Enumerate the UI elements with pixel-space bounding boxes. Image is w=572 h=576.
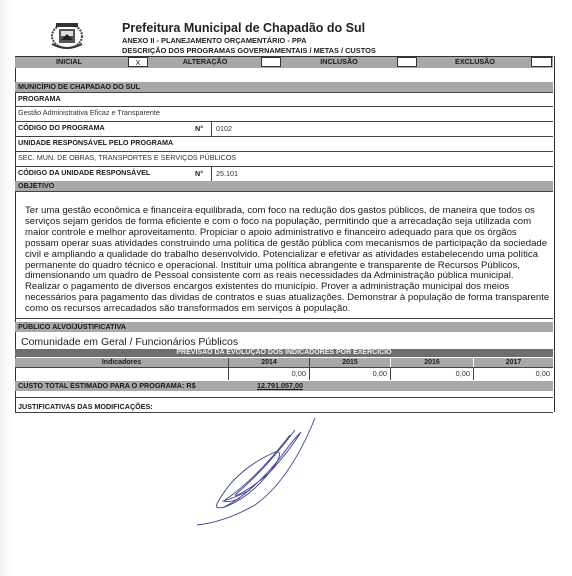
divider [15,92,553,93]
objetivo-heading: OBJETIVO [15,181,553,191]
divider [15,166,553,167]
mode-label-inclusao: INCLUSÃO [283,57,395,67]
unidade-label: UNIDADE RESPONSÁVEL PELO PROGRAMA [15,138,553,149]
publico-value: Comunidade em Geral / Funcionários Públi… [21,336,238,348]
mode-checkbox-inclusao[interactable] [397,57,417,67]
indicador-value-2014: 0,00 [229,368,309,380]
codigo-programa-label: CÓDIGO DO PROGRAMA [15,123,553,134]
objetivo-text: Ter uma gestão econômica e financeira eq… [25,206,550,315]
municipal-coat-of-arms-icon [46,20,88,50]
divider [15,191,553,192]
divider [15,397,553,398]
programa-label: PROGRAMA [15,94,553,105]
codigo-unidade-value: 25.101 [213,169,238,179]
justificativas-label: JUSTIFICATIVAS DAS MODIFICAÇÕES: [18,402,153,411]
indicador-value-2017: 0,00 [474,368,553,380]
codigo-programa-value: 0102 [213,124,232,134]
divider [15,136,553,137]
divider [15,121,553,122]
mode-label-alteracao: ALTERAÇÃO [151,57,259,67]
codigo-unidade-label: CÓDIGO DA UNIDADE RESPONSÁVEL [15,168,553,179]
divider [15,318,553,319]
indicador-value-2015: 0,00 [310,368,390,380]
indicadores-year-2016: 2016 [391,358,473,367]
indicadores-year-2015: 2015 [310,358,390,367]
scan-edge [0,0,12,576]
codigo-programa-num-label: N° [195,124,203,133]
municipio-heading: MUNICÍPIO DE CHAPADAO DO SUL [15,82,553,92]
custo-total-row: CUSTO TOTAL ESTIMADO PARA O PROGRAMA: R$… [15,381,553,391]
mode-label-exclusao: EXCLUSÃO [419,57,531,67]
custo-total-label: CUSTO TOTAL ESTIMADO PARA O PROGRAMA: R$ [18,381,196,391]
mode-selection-bar: INICIAL X ALTERAÇÃO INCLUSÃO EXCLUSÃO [15,56,553,68]
indicador-name [15,368,228,380]
unidade-value: SEC. MUN. DE OBRAS, TRANSPORTES E SERVIÇ… [15,153,553,164]
publico-heading: PÚBLICO ALVO/JUSTIFICATIVA [15,322,553,332]
header-title: Prefeitura Municipal de Chapadão do Sul [122,21,365,35]
mode-label-inicial: INICIAL [15,57,123,67]
divider [211,122,212,136]
header-subtitle-description: DESCRIÇÃO DOS PROGRAMAS GOVERNAMENTAIS /… [122,46,376,55]
mode-checkbox-exclusao[interactable] [531,57,552,67]
mode-checkbox-alteracao[interactable] [261,57,281,67]
codigo-unidade-num-label: N° [195,169,203,178]
handwritten-signature-icon [195,410,325,535]
header-subtitle-annex: ANEXO II - PLANEJAMENTO ORÇAMENTÁRIO - P… [122,36,307,45]
indicador-value-2016: 0,00 [391,368,473,380]
indicadores-year-2017: 2017 [474,358,553,367]
indicadores-section-title: PREVISÃO DA EVOLUÇÃO DOS INDICADORES POR… [15,349,553,357]
divider [15,151,553,152]
indicadores-year-2014: 2014 [229,358,309,367]
indicadores-header-label: Indicadores [15,358,228,367]
divider [211,167,212,181]
divider [15,106,553,107]
programa-value: Gestão Administrativa Eficaz e Transpare… [15,108,553,119]
custo-total-value: 12.791.057,00 [257,381,303,391]
mode-checkbox-inicial[interactable]: X [128,57,148,67]
